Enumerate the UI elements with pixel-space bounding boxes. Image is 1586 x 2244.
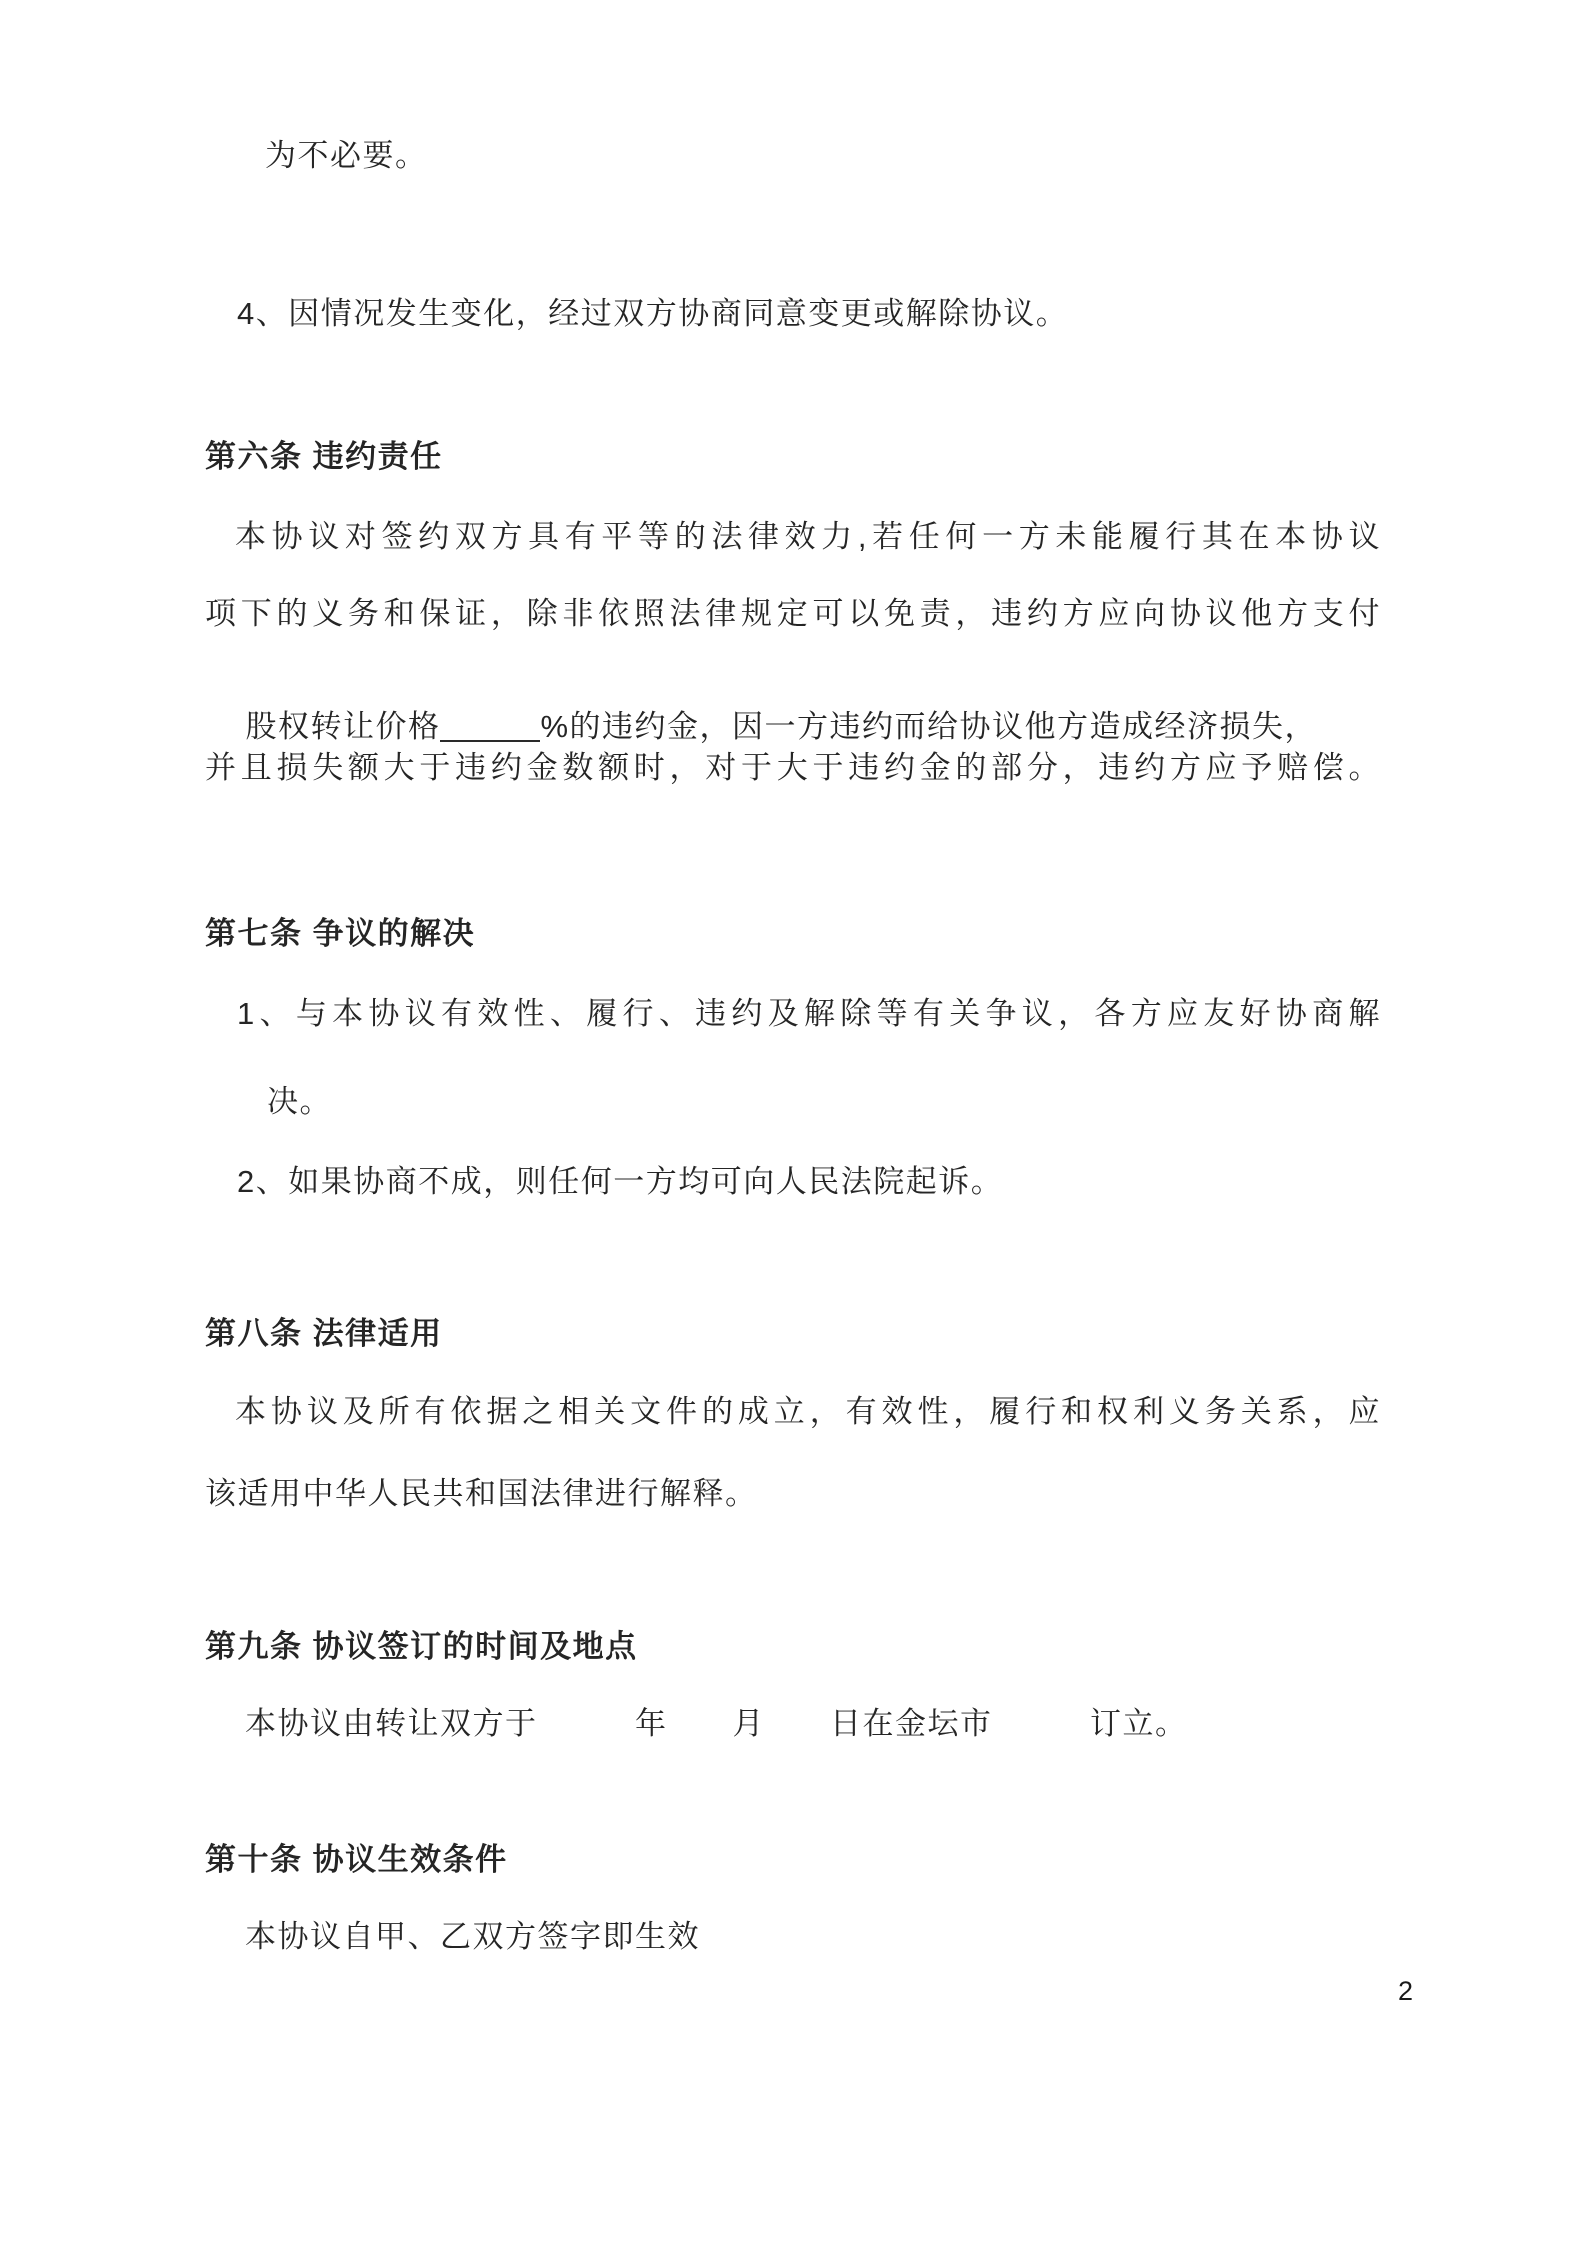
article7-item1-line1: 1、与本协议有效性、履行、违约及解除等有关争议，各方应友好协商解 [237, 998, 1381, 1029]
article8-heading: 第八条 法律适用 [205, 1318, 443, 1349]
article6-line3-before-blank: 股权转让价格 [245, 709, 440, 744]
article6-paragraph-line4: 并且损失额大于违约金数额时，对于大于违约金的部分，违约方应予赔偿。 [205, 752, 1381, 783]
article9-heading: 第九条 协议签订的时间及地点 [205, 1631, 638, 1662]
article10-heading: 第十条 协议生效条件 [205, 1844, 508, 1875]
contract-document-page: 为不必要。 4、因情况发生变化，经过双方协商同意变更或解除协议。 第六条 违约责… [0, 0, 1586, 2244]
article7-item2-line: 2、如果协商不成，则任何一方均可向人民法院起诉。 [237, 1166, 1003, 1197]
article9-date-place-line: 本协议由转让双方于 年 月 日在金坛市 订立。 [245, 1708, 1188, 1739]
article10-paragraph-line: 本协议自甲、乙双方签字即生效 [245, 1921, 700, 1952]
article7-heading: 第七条 争议的解决 [205, 918, 475, 949]
article6-paragraph-line2: 项下的义务和保证，除非依照法律规定可以免责，违约方应向协议他方支付 [205, 598, 1381, 629]
article7-item1-line2: 决。 [267, 1086, 332, 1117]
article6-line3-after-blank: %的违约金，因一方违约而给协议他方造成经济损失， [540, 709, 1317, 744]
article6-heading: 第六条 违约责任 [205, 441, 443, 472]
article6-paragraph-line1: 本协议对签约双方具有平等的法律效力,若任何一方未能履行其在本协议 [235, 521, 1381, 552]
article8-paragraph-line2: 该适用中华人民共和国法律进行解释。 [205, 1478, 758, 1509]
page-number: 2 [1398, 1978, 1413, 2005]
article8-paragraph-line1: 本协议及所有依据之相关文件的成立，有效性，履行和权利义务关系，应 [235, 1396, 1381, 1427]
item3-continuation-line: 为不必要。 [265, 140, 428, 171]
fill-in-blank-underline [440, 706, 540, 742]
item4-line: 4、因情况发生变化，经过双方协商同意变更或解除协议。 [237, 298, 1068, 329]
